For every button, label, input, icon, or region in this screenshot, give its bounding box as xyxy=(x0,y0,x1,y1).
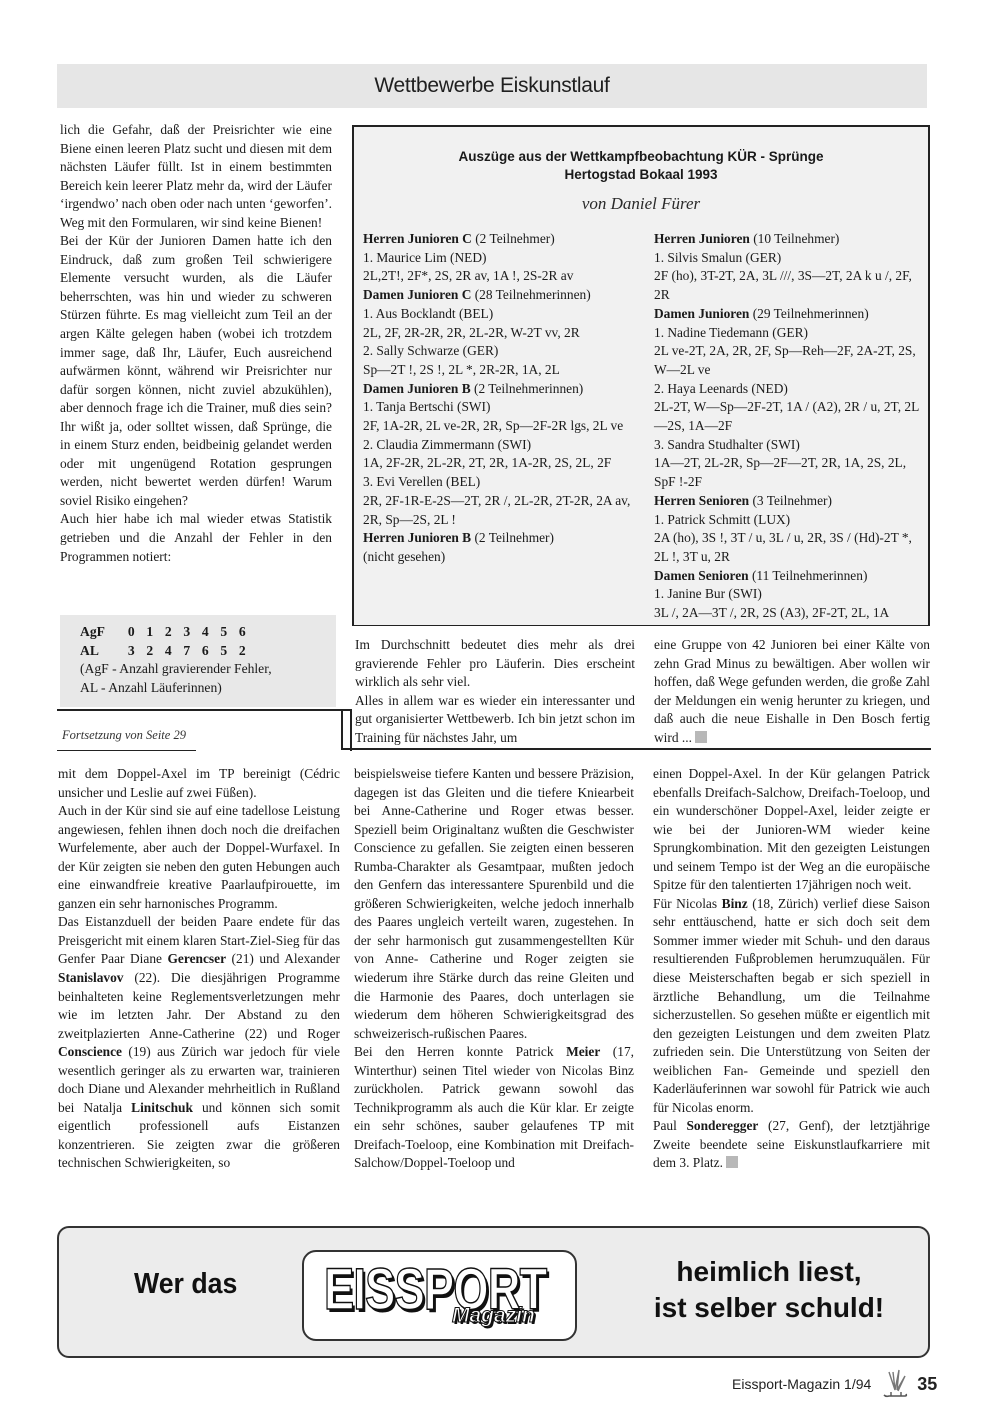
text: Paul xyxy=(653,1118,686,1133)
category-name: Damen Junioren xyxy=(654,306,749,321)
observation-line: 2A (ho), 3S !, 3T / u, 3L / u, 2R, 3S / … xyxy=(654,529,926,566)
name-bold: Sonderegger xyxy=(686,1118,758,1133)
paragraph: Auch hier habe ich mal wieder etwas Stat… xyxy=(60,510,332,566)
ad-left-text: Wer das xyxy=(134,1268,237,1301)
paragraph: mit dem Doppel-Axel im TP bereinigt (Céd… xyxy=(58,765,340,802)
observation-line: 3. Sandra Studhalter (SWI) xyxy=(654,436,926,455)
stats-row-al: AL 3 2 4 7 6 5 2 xyxy=(80,642,336,661)
observation-line: 2. Haya Leenards (NED) xyxy=(654,380,926,399)
logo-subtext: Magazin xyxy=(452,1304,535,1328)
observation-line: 1. Patrick Schmitt (LUX) xyxy=(654,511,926,530)
text: (18, Zürich) verlief diese Saison sehr e… xyxy=(653,896,930,1115)
participant-count: (29 Teilnehmerinnen) xyxy=(749,306,868,321)
stats-value: 5 xyxy=(215,642,234,661)
article-column-1: mit dem Doppel-Axel im TP bereinigt (Céd… xyxy=(58,765,340,1173)
category-name: Damen Junioren B xyxy=(363,381,471,396)
sidebar-title-line: Auszüge aus der Wettkampfbeobachtung KÜR… xyxy=(354,148,928,166)
eissport-logo: EISSPORT Magazin xyxy=(302,1250,577,1341)
category-heading: Herren Junioren (10 Teilnehmer) xyxy=(654,230,926,249)
left-column-text: lich die Gefahr, daß der Preisrichter wi… xyxy=(60,121,332,566)
paragraph: Bei den Herren konnte Patrick Meier (17,… xyxy=(354,1043,634,1173)
stats-value: 6 xyxy=(196,642,215,661)
paragraph-text: eine Gruppe von 42 Junioren bei einer Kä… xyxy=(654,637,930,745)
paragraph: Für Nicolas Binz (18, Zürich) verlief di… xyxy=(653,895,930,1118)
paragraph: Auch in der Kür sind sie auf eine tadell… xyxy=(58,802,340,913)
paragraph: eine Gruppe von 42 Junioren bei einer Kä… xyxy=(654,636,930,747)
continued-from-box: Fortsetzung von Seite 29 xyxy=(57,709,352,751)
category-heading: Herren Junioren B (2 Teilnehmer) xyxy=(363,529,645,548)
sidebar-title-line: Hertogstad Bokaal 1993 xyxy=(354,166,928,184)
observation-line: 1. Maurice Lim (NED) xyxy=(363,249,645,268)
stats-value: 1 xyxy=(141,623,160,642)
text: (17, Winterthur) seinen Titel wieder von… xyxy=(354,1044,634,1170)
section-header-band: Wettbewerbe Eiskunstlauf xyxy=(57,64,927,108)
stats-label: AgF xyxy=(80,623,122,642)
participant-count: (3 Teilnehmer) xyxy=(749,493,832,508)
divider xyxy=(57,750,196,751)
name-bold: Binz xyxy=(722,896,748,911)
participant-count: (28 Teilnehmerinnen) xyxy=(471,287,590,302)
ad-line: heimlich liest, xyxy=(639,1254,899,1290)
category-heading: Damen Junioren C (28 Teilnehmerinnen) xyxy=(363,286,645,305)
sidebar-author: von Daniel Fürer xyxy=(354,194,928,214)
stats-value: 5 xyxy=(215,623,234,642)
observation-line: 2. Claudia Zimmermann (SWI) xyxy=(363,436,645,455)
category-name: Herren Senioren xyxy=(654,493,749,508)
stats-value: 3 xyxy=(122,642,141,661)
divider xyxy=(341,748,931,750)
section-title: Wettbewerbe Eiskunstlauf xyxy=(57,74,927,98)
stats-value: 6 xyxy=(233,623,252,642)
advertisement-banner: Wer das EISSPORT Magazin heimlich liest,… xyxy=(57,1226,930,1358)
stats-label: AL xyxy=(80,642,122,661)
divider xyxy=(341,709,343,749)
observation-line: 2. Sally Schwarze (GER) xyxy=(363,342,645,361)
participant-count: (10 Teilnehmer) xyxy=(750,231,840,246)
observation-line: 2L,2T!, 2F*, 2S, 2R av, 1A !, 2S-2R av xyxy=(363,267,645,286)
observation-line: 1. Tanja Bertschi (SWI) xyxy=(363,398,645,417)
article-column-2: beispielsweise tiefere Kanten und besser… xyxy=(354,765,634,1173)
ad-right-text: heimlich liest, ist selber schuld! xyxy=(639,1254,899,1326)
competition-observation-sidebar: Auszüge aus der Wettkampfbeobachtung KÜR… xyxy=(352,125,930,625)
observation-line: 2F, 1A-2R, 2L ve-2R, 2R, Sp—2F-2R lgs, 2… xyxy=(363,417,645,436)
observation-line: 2L ve-2T, 2A, 2R, 2F, Sp—Reh—2F, 2A-2T, … xyxy=(654,342,926,379)
participant-count: (2 Teilnehmer) xyxy=(472,231,555,246)
stats-value: 4 xyxy=(196,623,215,642)
stats-value: 3 xyxy=(178,623,197,642)
paragraph: Bei der Kür der Junioren Damen hatte ich… xyxy=(60,232,332,510)
observation-line: 3L /, 2A—3T /, 2R, 2S (A3), 2F-2T, 2L, 1… xyxy=(654,604,926,623)
text: (21) und Alexander xyxy=(226,951,340,966)
stats-value: 0 xyxy=(122,623,141,642)
name-bold: Gerencser xyxy=(168,951,227,966)
stats-value: 2 xyxy=(141,642,160,661)
observation-line: 3. Evi Verellen (BEL) xyxy=(363,473,645,492)
page-number: 35 xyxy=(917,1374,937,1395)
observation-line: (nicht gesehen) xyxy=(363,548,645,567)
name-bold: Meier xyxy=(566,1044,600,1059)
observation-line: 2R, 2F-1R-E-2S—2T, 2R /, 2L-2R, 2T-2R, 2… xyxy=(363,492,645,529)
end-of-article-mark xyxy=(695,731,707,743)
observation-line: 2F (ho), 3T-2T, 2A, 3L ///, 3S—2T, 2A k … xyxy=(654,267,926,304)
sidebar-left-column: Herren Junioren C (2 Teilnehmer)1. Mauri… xyxy=(363,230,645,567)
category-name: Herren Junioren B xyxy=(363,530,471,545)
end-of-article-mark xyxy=(726,1156,738,1168)
paragraph: Das Eistanzduell der beiden Paare endete… xyxy=(58,913,340,1173)
paragraph: einen Doppel-Axel. In der Kür gelangen P… xyxy=(653,765,930,895)
sidebar-right-column: Herren Junioren (10 Teilnehmer)1. Silvis… xyxy=(654,230,926,623)
stats-value: 7 xyxy=(178,642,197,661)
text: Bei den Herren konnte Patrick xyxy=(354,1044,566,1059)
error-statistics-box: AgF 0 1 2 3 4 5 6 AL 3 2 4 7 6 5 2 (AgF … xyxy=(60,615,336,707)
stats-legend: AL - Anzahl Läuferinnen) xyxy=(80,679,336,698)
stats-row-agf: AgF 0 1 2 3 4 5 6 xyxy=(80,623,336,642)
paragraph: Paul Sonderegger (27, Genf), der letztjä… xyxy=(653,1117,930,1173)
category-name: Damen Junioren C xyxy=(363,287,471,302)
page-footer: Eissport-Magazin 1/94 35 xyxy=(732,1368,937,1400)
category-heading: Herren Junioren C (2 Teilnehmer) xyxy=(363,230,645,249)
sidebar-title: Auszüge aus der Wettkampfbeobachtung KÜR… xyxy=(354,148,928,184)
observation-line: 1A, 2F-2R, 2L-2R, 2T, 2R, 1A-2R, 2S, 2L,… xyxy=(363,454,645,473)
article-column-3: einen Doppel-Axel. In der Kür gelangen P… xyxy=(653,765,930,1173)
stats-value: 2 xyxy=(233,642,252,661)
stats-value: 2 xyxy=(159,623,178,642)
category-name: Herren Junioren C xyxy=(363,231,472,246)
paragraph: Alles in allem war es wieder ein interes… xyxy=(355,692,635,748)
continued-from-label: Fortsetzung von Seite 29 xyxy=(62,728,186,743)
name-bold: Conscience xyxy=(58,1044,122,1059)
skate-logo-icon xyxy=(881,1368,909,1400)
publication-name: Eissport-Magazin 1/94 xyxy=(732,1376,871,1392)
observation-line: 1. Janine Bur (SWI) xyxy=(654,585,926,604)
category-heading: Damen Junioren B (2 Teilnehmerinnen) xyxy=(363,380,645,399)
participant-count: (2 Teilnehmer) xyxy=(471,530,554,545)
sidebar-followup-left: Im Durchschnitt bedeutet dies mehr als d… xyxy=(355,636,635,747)
observation-line: 1. Nadine Tiedemann (GER) xyxy=(654,324,926,343)
observation-line: 1. Silvis Smalun (GER) xyxy=(654,249,926,268)
name-bold: Stanislavov xyxy=(58,970,123,985)
paragraph: lich die Gefahr, daß der Preisrichter wi… xyxy=(60,121,332,232)
name-bold: Linitschuk xyxy=(131,1100,193,1115)
category-heading: Damen Senioren (11 Teilnehmerinnen) xyxy=(654,567,926,586)
ad-line: ist selber schuld! xyxy=(639,1290,899,1326)
text: Für Nicolas xyxy=(653,896,722,911)
observation-line: 2L, 2F, 2R-2R, 2R, 2L-2R, W-2T vv, 2R xyxy=(363,324,645,343)
participant-count: (2 Teilnehmerinnen) xyxy=(471,381,584,396)
sidebar-followup-right: eine Gruppe von 42 Junioren bei einer Kä… xyxy=(654,636,930,747)
stats-value: 4 xyxy=(159,642,178,661)
observation-line: Sp—2T !, 2S !, 2L *, 2R-2R, 1A, 2L xyxy=(363,361,645,380)
category-name: Herren Junioren xyxy=(654,231,750,246)
observation-line: 2L-2T, W—Sp—2F-2T, 1A / (A2), 2R / u, 2T… xyxy=(654,398,926,435)
participant-count: (11 Teilnehmerinnen) xyxy=(749,568,868,583)
stats-legend: (AgF - Anzahl gravierender Fehler, xyxy=(80,660,336,679)
category-heading: Herren Senioren (3 Teilnehmer) xyxy=(654,492,926,511)
category-name: Damen Senioren xyxy=(654,568,749,583)
paragraph: beispielsweise tiefere Kanten und besser… xyxy=(354,765,634,1043)
divider xyxy=(352,625,930,626)
observation-line: 1A—2T, 2L-2R, Sp—2F—2T, 2R, 1A, 2S, 2L, … xyxy=(654,454,926,491)
category-heading: Damen Junioren (29 Teilnehmerinnen) xyxy=(654,305,926,324)
paragraph: Im Durchschnitt bedeutet dies mehr als d… xyxy=(355,636,635,692)
observation-line: 1. Aus Bocklandt (BEL) xyxy=(363,305,645,324)
